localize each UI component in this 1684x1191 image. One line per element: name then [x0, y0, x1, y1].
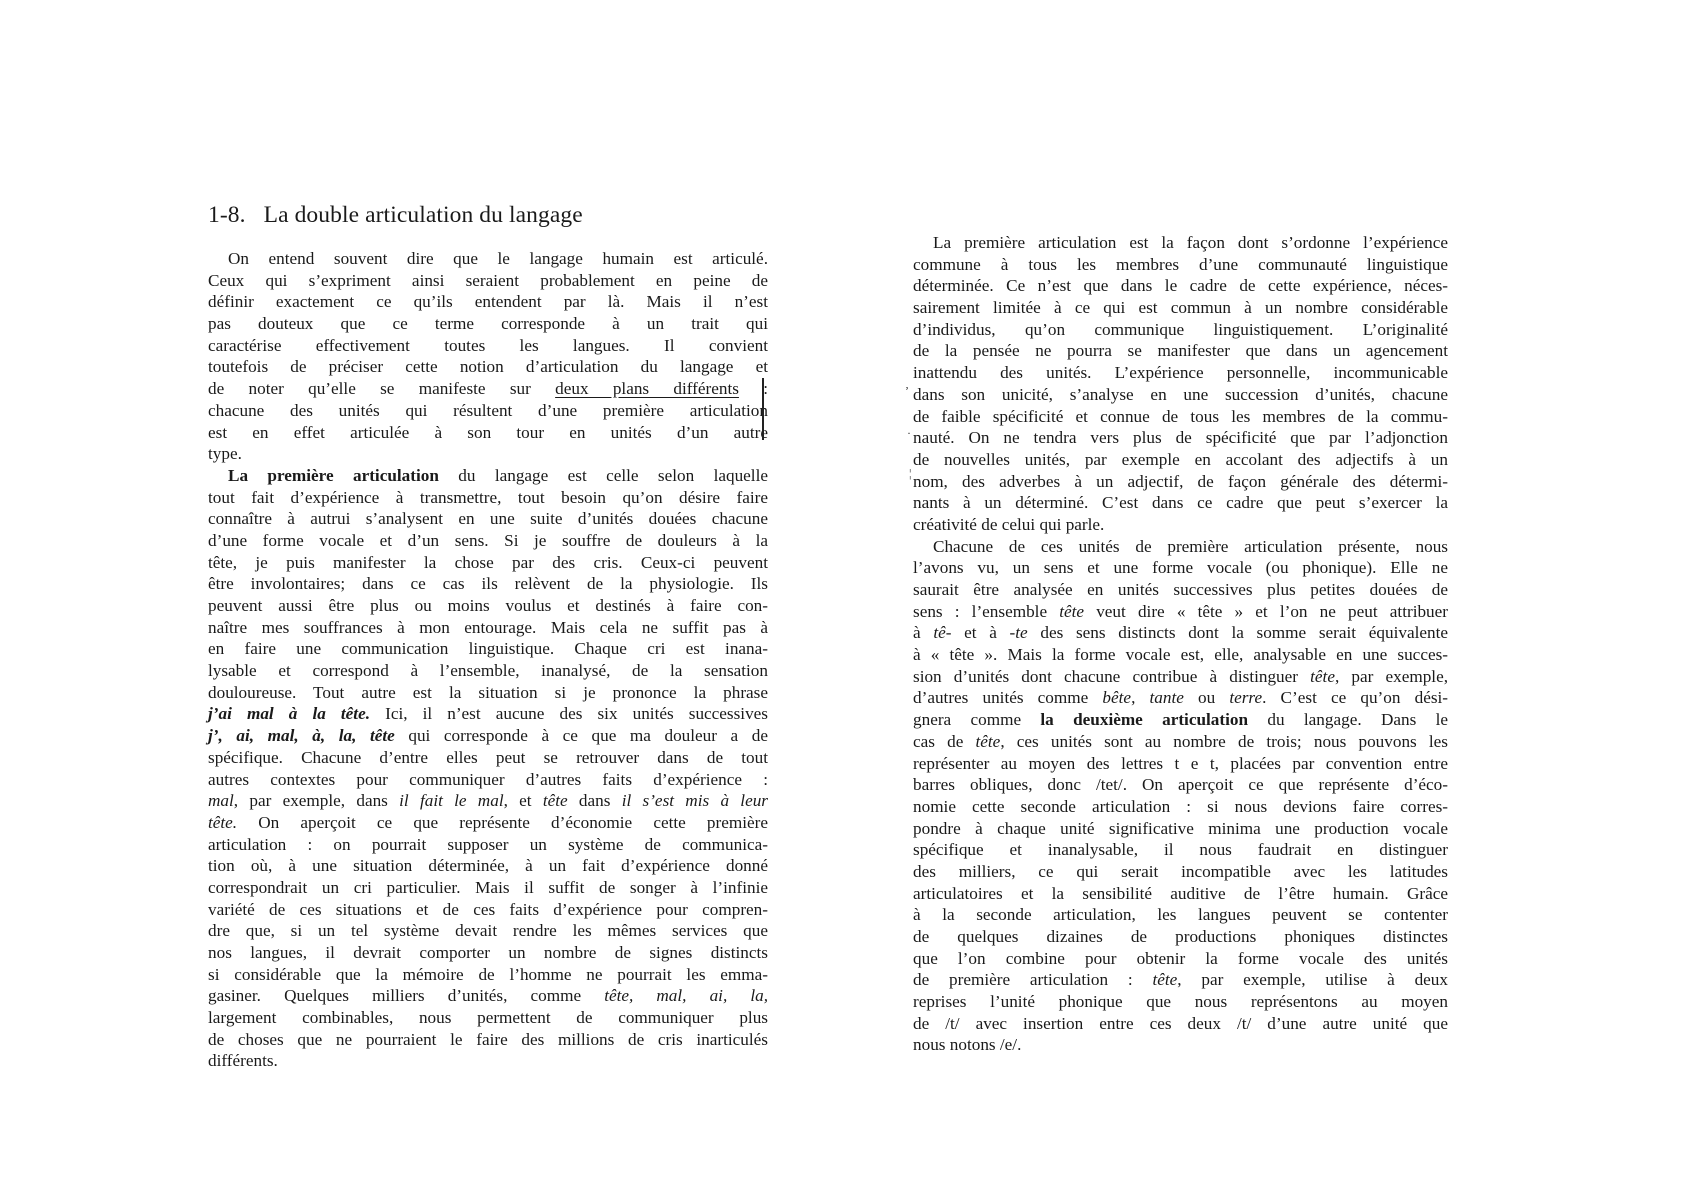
text-line: sion d’unités dont chacune contribue à d… [913, 666, 1448, 688]
section-number: 1-8. [208, 202, 246, 228]
text-line: d’individus, qu’on communique linguistiq… [913, 319, 1448, 341]
margin-tick-mark: ¦ [909, 466, 911, 481]
text-line: inattendu des unités. L’expérience perso… [913, 362, 1448, 384]
text-line: autres contextes pour communiquer d’autr… [208, 769, 768, 791]
text-line: j’, ai, mal, à, la, tête qui corresponde… [208, 725, 768, 747]
text-line: l’avons vu, un sens et une forme vocale … [913, 557, 1448, 579]
text-line: reprises l’unité phonique que nous repré… [913, 991, 1448, 1013]
text-line: différents. [208, 1050, 768, 1072]
text-line: articulatoires et la sensibilité auditiv… [913, 883, 1448, 905]
text-line: nants à un déterminé. C’est dans ce cadr… [913, 492, 1448, 514]
text-line: à « tête ». Mais la forme vocale est, el… [913, 644, 1448, 666]
text-line: en faire une communication linguistique.… [208, 638, 768, 660]
text-line: commune à tous les membres d’une communa… [913, 254, 1448, 276]
text-line: représenter au moyen des lettres t e t, … [913, 753, 1448, 775]
text-line: tête. On aperçoit ce que représente d’éc… [208, 812, 768, 834]
text-line: dre que, si un tel système devait rendre… [208, 920, 768, 942]
text-line: si considérable que la mémoire de l’homm… [208, 964, 768, 986]
right-page: La première articulation est la façon do… [913, 0, 1448, 1191]
text-line: naître mes souffrances à mon entourage. … [208, 617, 768, 639]
text-line: que l’on combine pour obtenir la forme v… [913, 948, 1448, 970]
left-page: 1-8.La double articulation du langage On… [208, 0, 768, 1191]
section-title: La double articulation du langage [264, 202, 583, 228]
text-line: de nouvelles unités, par exemple en acco… [913, 449, 1448, 471]
text-line: sairement limitée à ce qui est commun à … [913, 297, 1448, 319]
text-line: sens : l’ensemble tête veut dire « tête … [913, 601, 1448, 623]
text-line: d’autres unités comme bête, tante ou ter… [913, 687, 1448, 709]
text-line: nous notons /e/. [913, 1034, 1448, 1056]
text-line: dans son unicité, s’analyse en une succe… [913, 384, 1448, 406]
text-line: j’ai mal à la tête. Ici, il n’est aucune… [208, 703, 768, 725]
italic-example: j’, ai, mal, à, la, tête [208, 726, 395, 745]
text-line: des milliers, ce qui serait incompatible… [913, 861, 1448, 883]
text-line: nauté. On ne tendra vers plus de spécifi… [913, 427, 1448, 449]
text-line: cas de tête, ces unités sont au nombre d… [913, 731, 1448, 753]
text-line: de quelques dizaines de productions phon… [913, 926, 1448, 948]
section-heading: 1-8.La double articulation du langage [208, 202, 583, 229]
text-line: articulation : on pourrait supposer un s… [208, 834, 768, 856]
bold-term: La première articulation [228, 466, 439, 485]
text-line: de choses que ne pourraient le faire des… [208, 1029, 768, 1051]
right-column-text: La première articulation est la façon do… [913, 232, 1448, 1056]
text-line: de la pensée ne pourra se manifester que… [913, 340, 1448, 362]
text-line: gasiner. Quelques milliers d’unités, com… [208, 985, 768, 1007]
text-line: On entend souvent dire que le langage hu… [208, 248, 768, 270]
text-line: barres obliques, donc /tet/. On aperçoit… [913, 774, 1448, 796]
text-line: type. [208, 443, 768, 465]
text-line: La première articulation est la façon do… [913, 232, 1448, 254]
margin-dot-mark: · [907, 426, 911, 441]
text-line: pas douteux que ce terme corresponde à u… [208, 313, 768, 335]
text-line: nom, des adverbes à un adjectif, de faço… [913, 471, 1448, 493]
text-line: Ceux qui s’expriment ainsi seraient prob… [208, 270, 768, 292]
text-line: chacune des unités qui résultent d’une p… [208, 400, 768, 422]
underlined-phrase: deux plans différents [555, 379, 739, 398]
text-line: nomie cette seconde articulation : si no… [913, 796, 1448, 818]
text-line: de noter qu’elle se manifeste sur deux p… [208, 378, 768, 400]
margin-bracket-mark [762, 378, 764, 440]
text-line: de /t/ avec insertion entre ces deux /t/… [913, 1013, 1448, 1035]
text-line: être involontaires; dans ce cas ils relè… [208, 573, 768, 595]
text-line: d’une forme vocale et d’un sens. Si je s… [208, 530, 768, 552]
text-line: est en effet articulée à son tour en uni… [208, 422, 768, 444]
text-line: tête, je puis manifester la chose par de… [208, 552, 768, 574]
text-line: spécifique et inanalysable, il nous faud… [913, 839, 1448, 861]
text-line: saurait être analysée en unités successi… [913, 579, 1448, 601]
italic-example: j’ai mal à la tête. [208, 704, 370, 723]
text-line: lysable et correspond à l’ensemble, inan… [208, 660, 768, 682]
text-line: de première articulation : tête, par exe… [913, 969, 1448, 991]
text-line: de faible spécificité et connue de tous … [913, 406, 1448, 428]
text-line: à la seconde articulation, les langues p… [913, 904, 1448, 926]
text-line: Chacune de ces unités de première articu… [913, 536, 1448, 558]
left-column-text: On entend souvent dire que le langage hu… [208, 248, 768, 1072]
text-line: spécifique. Chacune d’entre elles peut s… [208, 747, 768, 769]
text-line: correspondrait un cri particulier. Mais … [208, 877, 768, 899]
text-line: mal, par exemple, dans il fait le mal, e… [208, 790, 768, 812]
text-line: nos langues, il devrait comporter un nom… [208, 942, 768, 964]
text-line: tout fait d’expérience à transmettre, to… [208, 487, 768, 509]
text-line: La première articulation du langage est … [208, 465, 768, 487]
text-line: largement combinables, nous permettent d… [208, 1007, 768, 1029]
margin-tick-mark: ʼ [905, 384, 909, 399]
text-line: à tê- et à -te des sens distincts dont l… [913, 622, 1448, 644]
text-line: toutefois de préciser cette notion d’art… [208, 356, 768, 378]
text-line: caractérise effectivement toutes les lan… [208, 335, 768, 357]
text-line: gnera comme la deuxième articulation du … [913, 709, 1448, 731]
text-line: déterminée. Ce n’est que dans le cadre d… [913, 275, 1448, 297]
text-line: tion où, à une situation déterminée, à u… [208, 855, 768, 877]
text-line: créativité de celui qui parle. [913, 514, 1448, 536]
text-line: peuvent aussi être plus ou moins voulus … [208, 595, 768, 617]
text-line: pondre à chaque unité significative mini… [913, 818, 1448, 840]
text-line: douloureuse. Tout autre est la situation… [208, 682, 768, 704]
text-line: définir exactement ce qu’ils entendent p… [208, 291, 768, 313]
text-line: variété de ces situations et de ces fait… [208, 899, 768, 921]
text-line: connaître à autrui s’analysent en une su… [208, 508, 768, 530]
bold-term: la deuxième articulation [1040, 710, 1248, 729]
